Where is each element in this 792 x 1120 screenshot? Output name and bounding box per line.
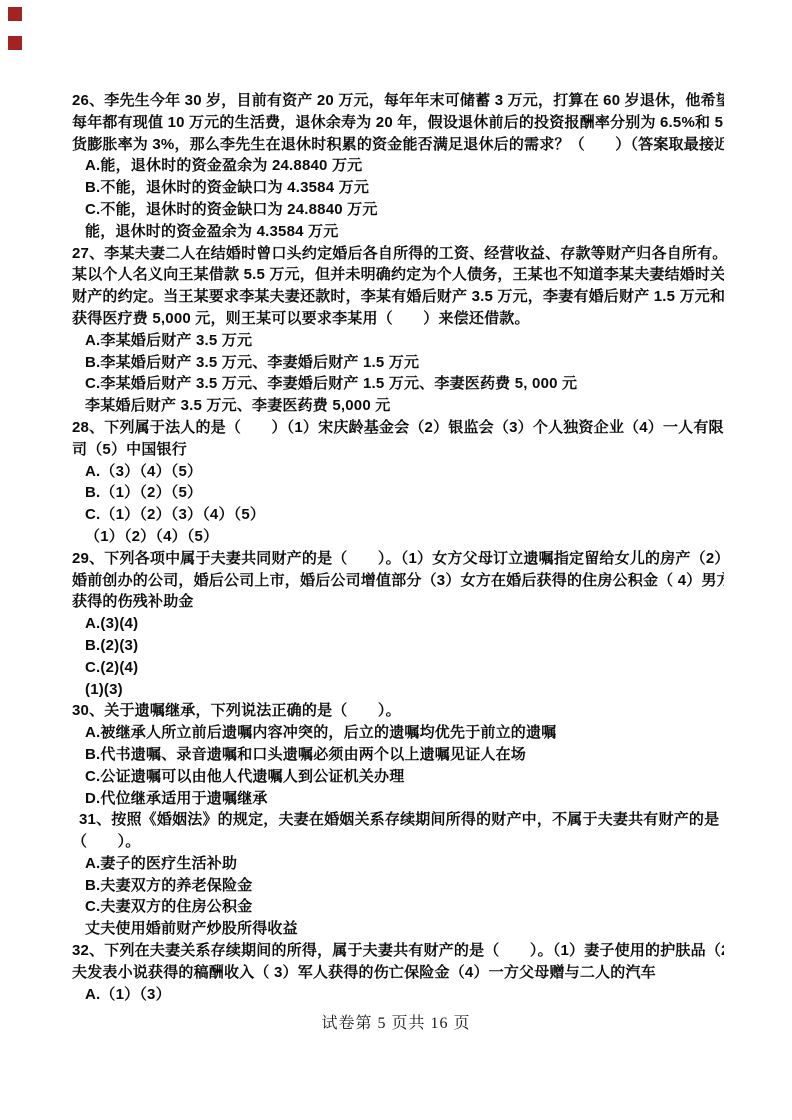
question-31-stem-line-2: （ ）。 — [72, 831, 724, 853]
question-31-option-line-1: A.妻子的医疗生活补助 — [72, 853, 724, 875]
question-29-option-line-4: (1)(3) — [72, 679, 724, 701]
questions-list: 26、李先生今年 30 岁，目前有资产 20 万元，每年年末可储蓄 3 万元，打… — [72, 90, 724, 1005]
question-27-option-line-4: 李某婚后财产 3.5 万元、李妻医药费 5,000 元 — [72, 395, 724, 417]
red-square-marker-top — [8, 7, 22, 21]
question-29-option-line-3: C.(2)(4) — [72, 657, 724, 679]
question-28-option-line-4: （1）（2）（4）（5） — [72, 526, 724, 548]
question-27-option-line-1: A.李某婚后财产 3.5 万元 — [72, 330, 724, 352]
question-31-option-line-3: C.夫妻双方的住房公积金 — [72, 896, 724, 918]
question-26-stem-line-1: 26、李先生今年 30 岁，目前有资产 20 万元，每年年末可储蓄 3 万元，打… — [72, 90, 724, 112]
question-26-option-line-4: 能，退休时的资金盈余为 4.3584 万元 — [72, 221, 724, 243]
question-29-stem-line-2: 婚前创办的公司，婚后公司上市，婚后公司增值部分（3）女方在婚后获得的住房公积金（… — [72, 570, 724, 592]
question-27: 27、李某夫妻二人在结婚时曾口头约定婚后各自所得的工资、经营收益、存款等财产归各… — [72, 243, 724, 417]
question-30-stem-line-1: 30、关于遗嘱继承，下列说法正确的是（ ）。 — [72, 700, 724, 722]
question-27-stem-line-1: 27、李某夫妻二人在结婚时曾口头约定婚后各自所得的工资、经营收益、存款等财产归各… — [72, 243, 724, 265]
question-26-option-line-2: B.不能，退休时的资金缺口为 4.3584 万元 — [72, 177, 724, 199]
question-27-option-line-3: C.李某婚后财产 3.5 万元、李妻婚后财产 1.5 万元、李妻医药费 5, 0… — [72, 373, 724, 395]
exam-page: 26、李先生今年 30 岁，目前有资产 20 万元，每年年末可储蓄 3 万元，打… — [0, 0, 792, 1120]
question-31: 31、按照《婚姻法》的规定，夫妻在婚姻关系存续期间所得的财产中，不属于夫妻共有财… — [72, 809, 724, 940]
question-29: 29、下列各项中属于夫妻共同财产的是（ ）。（1）女方父母订立遗嘱指定留给女儿的… — [72, 548, 724, 701]
question-28: 28、下列属于法人的是（ ）（1）宋庆龄基金会（2）银监会（3）个人独资企业（4… — [72, 417, 724, 548]
question-32-option-line-1: A.（1）（3） — [72, 984, 724, 1006]
question-28-stem-line-1: 28、下列属于法人的是（ ）（1）宋庆龄基金会（2）银监会（3）个人独资企业（4… — [72, 417, 724, 439]
question-28-option-line-1: A.（3）（4）（5） — [72, 461, 724, 483]
question-30-option-line-3: C.公证遗嘱可以由他人代遗嘱人到公证机关办理 — [72, 766, 724, 788]
page-footer: 试卷第 5 页共 16 页 — [0, 1010, 792, 1033]
question-26-option-line-1: A.能，退休时的资金盈余为 24.8840 万元 — [72, 155, 724, 177]
question-31-option-line-4: 丈夫使用婚前财产炒股所得收益 — [72, 918, 724, 940]
question-27-stem-line-4: 获得医疗费 5,000 元，则王某可以要求李某用（ ）来偿还借款。 — [72, 308, 724, 330]
question-30: 30、关于遗嘱继承，下列说法正确的是（ ）。A.被继承人所立前后遗嘱内容冲突的，… — [72, 700, 724, 809]
question-27-option-line-2: B.李某婚后财产 3.5 万元、李妻婚后财产 1.5 万元 — [72, 352, 724, 374]
question-32-stem-line-2: 夫发表小说获得的稿酬收入（ 3）军人获得的伤亡保险金（4）一方父母赠与二人的汽车 — [72, 962, 724, 984]
question-26: 26、李先生今年 30 岁，目前有资产 20 万元，每年年末可储蓄 3 万元，打… — [72, 90, 724, 243]
question-30-option-line-4: D.代位继承适用于遗嘱继承 — [72, 788, 724, 810]
question-31-option-line-2: B.夫妻双方的养老保险金 — [72, 875, 724, 897]
page-number-text: 试卷第 5 页共 16 页 — [321, 1015, 470, 1032]
question-31-stem-line-1: 31、按照《婚姻法》的规定，夫妻在婚姻关系存续期间所得的财产中，不属于夫妻共有财… — [72, 809, 724, 831]
question-29-option-line-1: A.(3)(4) — [72, 613, 724, 635]
red-square-marker-bottom — [8, 36, 22, 50]
question-28-stem-line-2: 司（5）中国银行 — [72, 439, 724, 461]
question-26-stem-line-3: 货膨胀率为 3%，那么李先生在退休时积累的资金能否满足退休后的需求？（ ）（答案… — [72, 134, 724, 156]
question-32: 32、下列在夫妻关系存续期间的所得，属于夫妻共有财产的是（ ）。（1）妻子使用的… — [72, 940, 724, 1005]
question-28-option-line-2: B.（1）（2）（5） — [72, 482, 724, 504]
question-26-stem-line-2: 每年都有现值 10 万元的生活费，退休余寿为 20 年，假设退休前后的投资报酬率… — [72, 112, 724, 134]
question-27-stem-line-3: 财产的约定。当王某要求李某夫妻还款时，李某有婚后财产 3.5 万元，李妻有婚后财… — [72, 286, 724, 308]
question-27-stem-line-2: 某以个人名义向王某借款 5.5 万元，但并未明确约定为个人债务，王某也不知道李某… — [72, 264, 724, 286]
question-29-stem-line-3: 获得的伤残补助金 — [72, 591, 724, 613]
question-28-option-line-3: C.（1）（2）（3）（4）（5） — [72, 504, 724, 526]
question-32-stem-line-1: 32、下列在夫妻关系存续期间的所得，属于夫妻共有财产的是（ ）。（1）妻子使用的… — [72, 940, 724, 962]
question-30-option-line-1: A.被继承人所立前后遗嘱内容冲突的，后立的遗嘱均优先于前立的遗嘱 — [72, 722, 724, 744]
question-30-option-line-2: B.代书遗嘱、录音遗嘱和口头遗嘱必须由两个以上遗嘱见证人在场 — [72, 744, 724, 766]
question-26-option-line-3: C.不能，退休时的资金缺口为 24.8840 万元 — [72, 199, 724, 221]
question-29-option-line-2: B.(2)(3) — [72, 635, 724, 657]
question-29-stem-line-1: 29、下列各项中属于夫妻共同财产的是（ ）。（1）女方父母订立遗嘱指定留给女儿的… — [72, 548, 724, 570]
